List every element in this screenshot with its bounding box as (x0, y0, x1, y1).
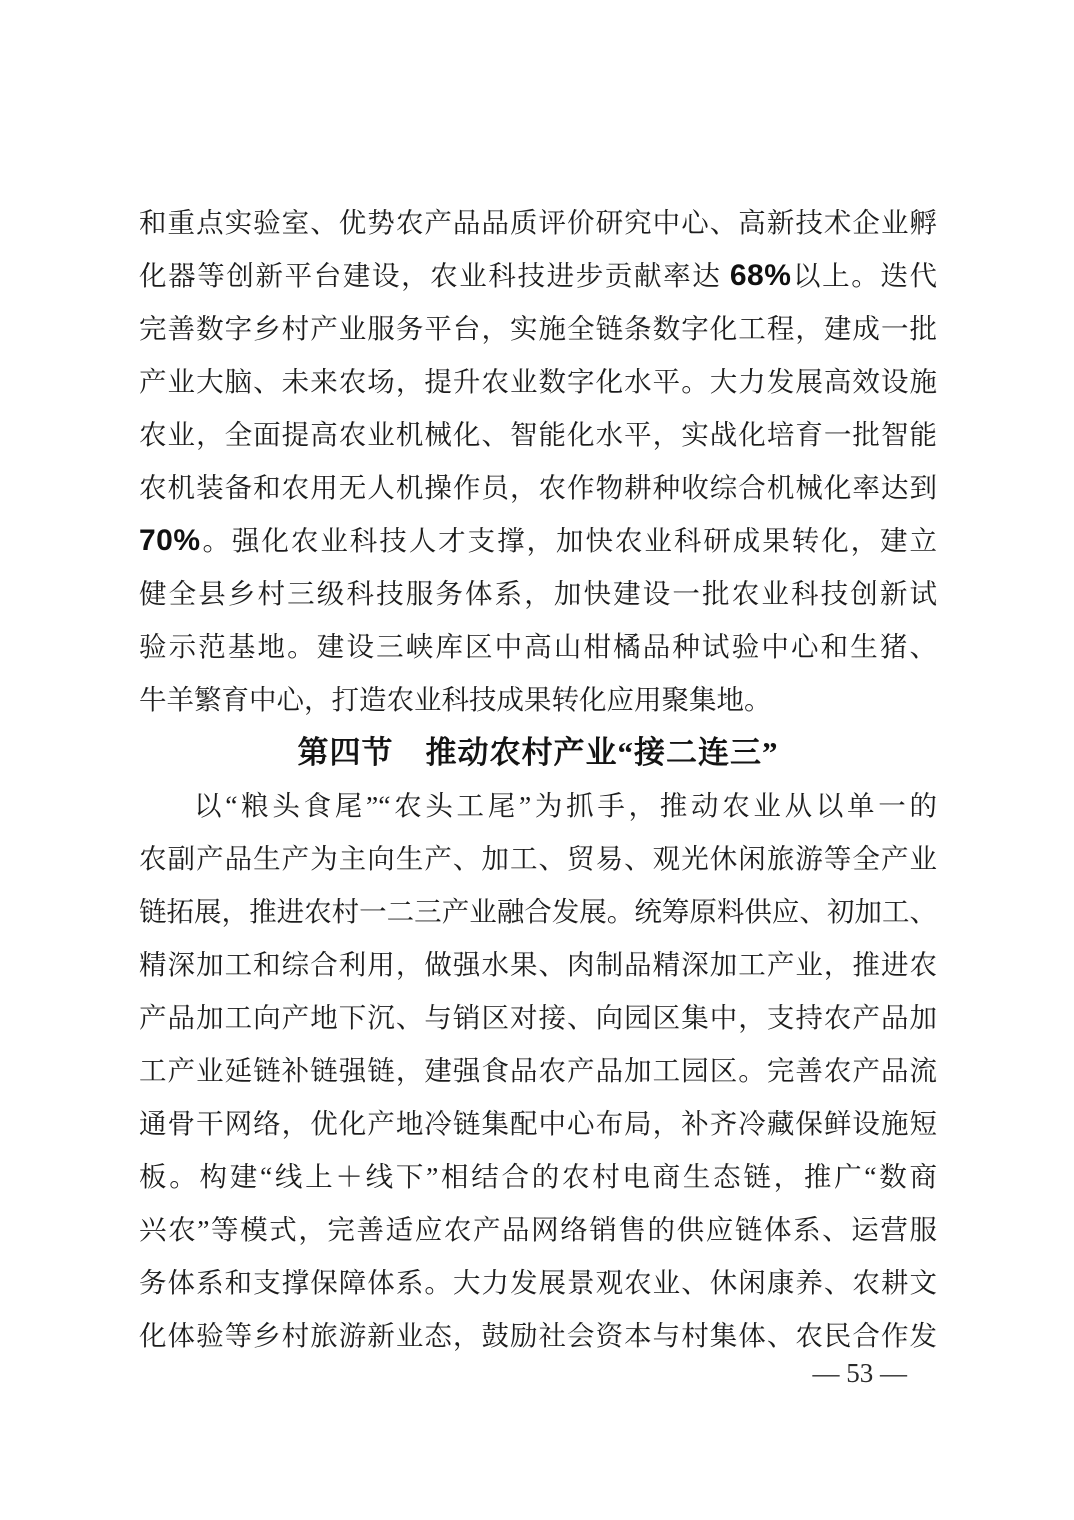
stat-number: 68% (730, 259, 792, 292)
text-line: 产品加工向产地下沉、与销区对接、向园区集中，支持农产品加 (139, 991, 937, 1044)
text-line: 通骨干网络，优化产地冷链集配中心布局，补齐冷藏保鲜设施短 (139, 1097, 937, 1150)
text-line: 工产业延链补链强链，建强食品农产品加工园区。完善农产品流 (139, 1044, 937, 1097)
text-line: 农副产品生产为主向生产、加工、贸易、观光休闲旅游等全产业 (139, 832, 937, 885)
text-line: 化器等创新平台建设，农业科技进步贡献率达 68%以上。迭代 (139, 249, 937, 302)
text-block: 和重点实验室、优势农产品品质评价研究中心、高新技术企业孵化器等创新平台建设，农业… (139, 196, 937, 1362)
document-page: 和重点实验室、优势农产品品质评价研究中心、高新技术企业孵化器等创新平台建设，农业… (0, 0, 1074, 1520)
text-line: 化体验等乡村旅游新业态，鼓励社会资本与村集体、农民合作发 (139, 1309, 937, 1362)
page-footer: — 53 — (813, 1356, 908, 1390)
text-line: 产业大脑、未来农场，提升农业数字化水平。大力发展高效设施 (139, 355, 937, 408)
section-heading: 第四节 推动农村产业“接二连三” (139, 726, 937, 779)
text-line: 完善数字乡村产业服务平台，实施全链条数字化工程，建成一批 (139, 302, 937, 355)
text-line: 板。构建“线上＋线下”相结合的农村电商生态链，推广“数商 (139, 1150, 937, 1203)
text-line: 70%。强化农业科技人才支撑，加快农业科研成果转化，建立 (139, 514, 937, 567)
stat-number: 70% (139, 524, 201, 557)
paragraph-continued-from-previous-page: 和重点实验室、优势农产品品质评价研究中心、高新技术企业孵化器等创新平台建设，农业… (139, 196, 937, 726)
text-line: 健全县乡村三级科技服务体系，加快建设一批农业科技创新试 (139, 567, 937, 620)
text-line: 农机装备和农用无人机操作员，农作物耕种收综合机械化率达到 (139, 461, 937, 514)
text-line: 精深加工和综合利用，做强水果、肉制品精深加工产业，推进农 (139, 938, 937, 991)
text-line: 务体系和支撑保障体系。大力发展景观农业、休闲康养、农耕文 (139, 1256, 937, 1309)
text-line: 链拓展，推进农村一二三产业融合发展。统筹原料供应、初加工、 (139, 885, 937, 938)
page-number: — 53 — (813, 1358, 908, 1388)
text-line: 兴农”等模式，完善适应农产品网络销售的供应链体系、运营服 (139, 1203, 937, 1256)
text-line: 以“粮头食尾”“农头工尾”为抓手，推动农业从以单一的 (139, 779, 937, 832)
text-line: 验示范基地。建设三峡库区中高山柑橘品种试验中心和生猪、 (139, 620, 937, 673)
text-line: 牛羊繁育中心，打造农业科技成果转化应用聚集地。 (139, 673, 937, 726)
paragraph-section-four: 以“粮头食尾”“农头工尾”为抓手，推动农业从以单一的农副产品生产为主向生产、加工… (139, 779, 937, 1362)
text-line: 和重点实验室、优势农产品品质评价研究中心、高新技术企业孵 (139, 196, 937, 249)
text-line: 农业，全面提高农业机械化、智能化水平，实战化培育一批智能 (139, 408, 937, 461)
